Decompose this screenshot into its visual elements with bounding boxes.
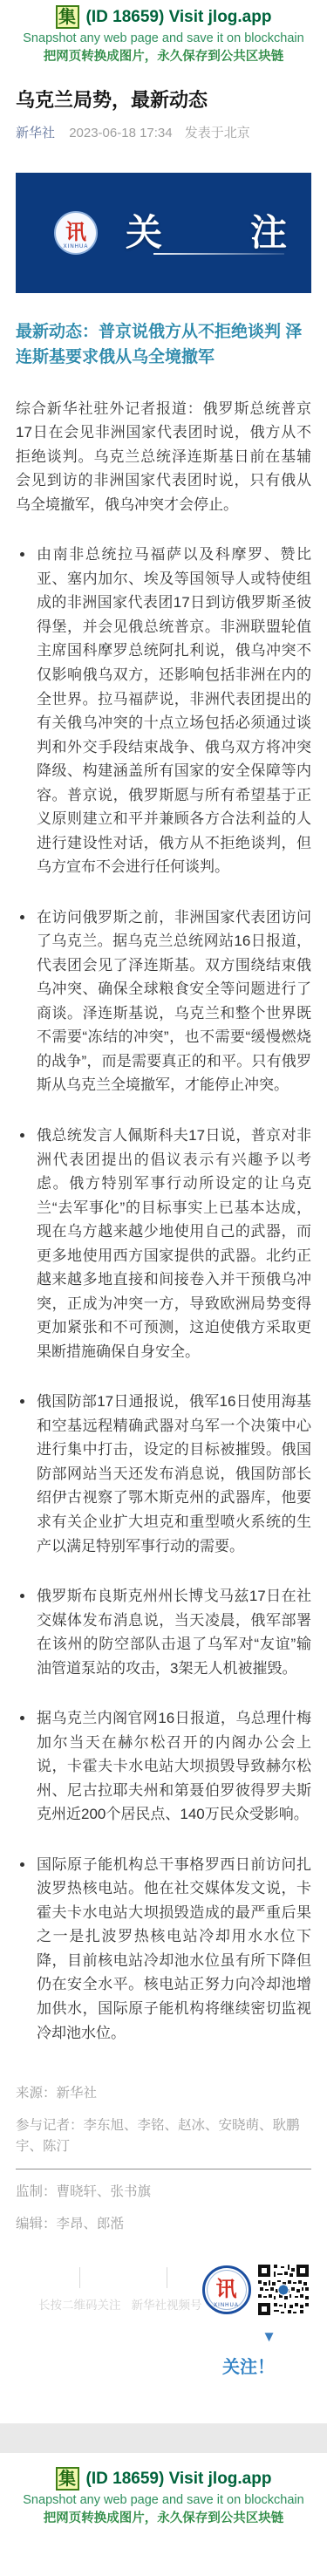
- lead-paragraph: 综合新华社驻外记者报道：俄罗斯总统普京17日在会见非洲国家代表团时说，俄方从不拒…: [16, 397, 311, 517]
- article-subhead: 最新动态：普京说俄方从不拒绝谈判 泽连斯基要求俄从乌全境撤军: [16, 319, 311, 371]
- qr-code: [258, 2265, 309, 2315]
- credit-producer: 监制：曹晓轩、张书旗: [16, 2182, 311, 2203]
- bottom-promo-banner[interactable]: 集 (ID 18659) Visit jlog.app Snapshot any…: [0, 2453, 327, 2535]
- jlog-logo-icon: 集: [56, 5, 79, 29]
- credits-block: 来源：新华社 参与记者：李东旭、李铭、赵冰、安晓萌、耿鹏宇、陈汀 监制：曹晓轩、…: [16, 2083, 311, 2235]
- news-bullet-list: 由南非总统拉马福萨以及科摩罗、赞比亚、塞内加尔、埃及等国领导人或特使组成的非洲国…: [16, 543, 311, 2045]
- bullet-item: 据乌克兰内阁官网16日报道，乌总理什梅加尔当天在赫尔松召开的内阁办公会上说，卡霍…: [35, 1706, 311, 1827]
- xinhua-logo-glyph: 讯: [216, 2279, 237, 2300]
- jlog-logo-icon: 集: [56, 2467, 79, 2491]
- bullet-item: 国际原子能机构总干事格罗西日前访问扎波罗热核电站。他在社交媒体发文说，卡霍夫卡水…: [35, 1853, 311, 2045]
- hero-banner-image: 讯 XINHUA 关 注: [16, 173, 311, 293]
- xinhua-logo-icon: 讯 XINHUA: [54, 211, 98, 255]
- promo-subtitle-zh: 把网页转换成图片，永久保存到公共区块链: [0, 2508, 327, 2526]
- follow-triangle-icon: ▼: [16, 2329, 276, 2344]
- bullet-item: 俄国防部17日通报说，俄军16日使用海基和空基远程精确武器对乌军一个决策中心进行…: [35, 1390, 311, 1558]
- xinhua-logo-glyph: 讯: [65, 222, 86, 243]
- top-promo-banner[interactable]: 集 (ID 18659) Visit jlog.app Snapshot any…: [0, 0, 327, 70]
- hero-banner-text: 关 注: [126, 215, 287, 251]
- byline-location: 发表于北京: [185, 126, 250, 140]
- qr-follow-row: 长按二维码关注 新华社视频号 讯 XINHUA: [16, 2265, 311, 2315]
- promo-subtitle-en: Snapshot any web page and save it on blo…: [0, 31, 327, 45]
- page-title: 乌克兰局势，最新动态: [16, 87, 311, 114]
- credit-source: 来源：新华社: [16, 2083, 311, 2104]
- promo-id-link[interactable]: (ID 18659) Visit jlog.app: [86, 2470, 272, 2489]
- follow-button[interactable]: 关注！: [222, 2353, 275, 2378]
- bullet-item: 在访问俄罗斯之前，非洲国家代表团访问了乌克兰。据乌克兰总统网站16日报道，代表团…: [35, 905, 311, 1097]
- bullet-item: 俄罗斯布良斯克州州长博戈马兹17日在社交媒体发布消息说，当天凌晨，俄军部署在该州…: [35, 1584, 311, 1680]
- separator-band: [0, 2423, 327, 2453]
- xinhua-logo-icon: 讯 XINHUA: [202, 2265, 251, 2314]
- qr-hint-right: 新华社视频号: [132, 2267, 202, 2313]
- byline-source-link[interactable]: 新华社: [16, 126, 55, 140]
- hero-char-right: 注: [250, 215, 287, 251]
- follow-cta: ▼ 关注！: [16, 2329, 311, 2378]
- hero-underline: [153, 253, 284, 255]
- byline: 新华社 2023-06-18 17:34 发表于北京: [16, 123, 311, 141]
- bullet-item: 由南非总统拉马福萨以及科摩罗、赞比亚、塞内加尔、埃及等国领导人或特使组成的非洲国…: [35, 543, 311, 878]
- hero-char-left: 关: [126, 215, 162, 251]
- xinhua-logo-word: XINHUA: [205, 2303, 249, 2308]
- qr-hint-left: 长按二维码关注: [38, 2267, 121, 2313]
- credit-reporters: 参与记者：李东旭、李铭、赵冰、安晓萌、耿鹏宇、陈汀: [16, 2115, 311, 2169]
- credit-editor: 编辑：李昂、郎湉: [16, 2214, 311, 2235]
- promo-subtitle-zh: 把网页转换成图片，永久保存到公共区块链: [0, 46, 327, 65]
- promo-id-link[interactable]: (ID 18659) Visit jlog.app: [86, 8, 272, 27]
- bullet-item: 俄总统发言人佩斯科夫17日说，普京对非洲代表团提出的倡议表示有兴趣予以考虑。俄方…: [35, 1124, 311, 1363]
- xinhua-logo-word: XINHUA: [56, 244, 96, 249]
- promo-subtitle-en: Snapshot any web page and save it on blo…: [0, 2493, 327, 2507]
- byline-datetime: 2023-06-18 17:34: [69, 126, 172, 140]
- article-body: 乌克兰局势，最新动态 新华社 2023-06-18 17:34 发表于北京 讯 …: [0, 87, 327, 2378]
